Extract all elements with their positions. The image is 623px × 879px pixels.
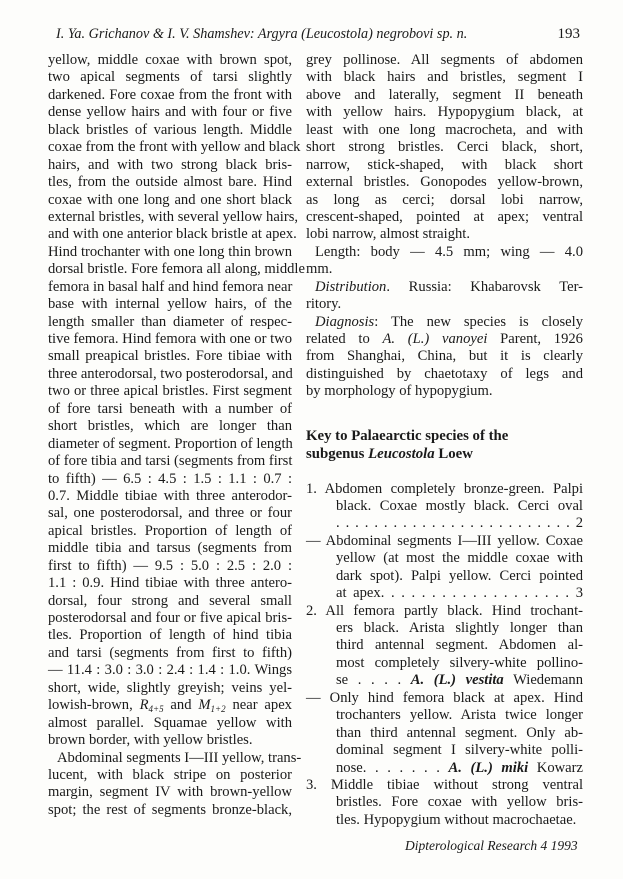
text-line: coxae with one long and one short black <box>48 192 292 209</box>
diagnosis-line: from Shanghai, China, but it is clearly <box>306 348 583 365</box>
text-line: brown border, with yellow bristles. <box>48 732 292 749</box>
text-line: and with one anterior black bristle at a… <box>48 226 292 243</box>
text-line: external bristles. Gonopodes yellow-brow… <box>306 174 583 191</box>
text-line: darkened. Fore coxae from the front with <box>48 87 292 104</box>
text-line: two or three apical bristles. First segm… <box>48 383 292 400</box>
key-entry-line: — Abdominal segments I—III yellow. Coxae <box>306 533 583 550</box>
text-line: short bristles, which are longer than <box>48 418 292 435</box>
text-line: least with one long macrocheta, and with <box>306 122 583 139</box>
vein-m: M <box>198 697 210 713</box>
text-line: base with internal yellow hairs, of the <box>48 296 292 313</box>
key-entry-line: — Only hind femora black at apex. Hind <box>306 690 583 707</box>
diagnosis-line: related to A. (L.) vanoyei Parent, 1926 <box>306 331 583 348</box>
spacer <box>306 463 583 480</box>
key-target: 3 <box>576 585 583 601</box>
diagnosis-line: Diagnosis: The new species is closely <box>306 314 583 331</box>
text-line: above and laterally, segment II beneath <box>306 87 583 104</box>
running-header: I. Ya. Grichanov & I. V. Shamshev: Argyr… <box>56 26 580 46</box>
key-entry-line: third antennal segment. Abdomen al- <box>306 637 583 654</box>
genus-name: Leucostola <box>368 446 435 462</box>
text-line: of fore tarsi beneath with a number of <box>48 401 292 418</box>
text-line: hairs, and with two strong black bris- <box>48 157 292 174</box>
species-name: A. (L.) miki <box>449 760 529 776</box>
text-line: small preapical bristles. Fore tibiae wi… <box>48 348 292 365</box>
key-entry-line: dominal segment I silvery-white polli- <box>306 742 583 759</box>
key-entry-line: tles. Hypopygium without macrochaetae. <box>306 812 583 829</box>
key-entry-line: bristles. Fore coxae with yellow bris- <box>306 794 583 811</box>
text-line: short, wide, slightly greyish; veins yel… <box>48 680 292 697</box>
text-line: dense yellow hairs and with four or five <box>48 104 292 121</box>
vein-line: lowish-brown, R4+5 and M1+2 near apex <box>48 697 292 714</box>
diagnosis-label: Diagnosis <box>315 314 374 330</box>
text-line: 0.7. Middle tibiae with three anterodor- <box>48 488 292 505</box>
text-line: lucent, with black stripe on posterior <box>48 767 292 784</box>
text-line: almost parallel. Squamae yellow with <box>48 715 292 732</box>
key-entry-line: dark spot). Palpi yellow. Cerci pointed <box>306 568 583 585</box>
spacer <box>306 418 583 428</box>
text-line: posterodorsal and four or five apical br… <box>48 610 292 627</box>
length-line: mm. <box>306 261 583 278</box>
key-leader-line: . . . . . . . . . . . . . . . . . . . . … <box>306 515 583 532</box>
text-line: — 11.4 : 3.0 : 3.0 : 2.4 : 1.4 : 1.0. Wi… <box>48 662 292 679</box>
text-line: yellow, middle coxae with brown spot, <box>48 52 292 69</box>
distribution-line: Distribution. Russia: Khabarovsk Ter- <box>306 279 583 296</box>
spacer <box>306 401 583 418</box>
running-title: I. Ya. Grichanov & I. V. Shamshev: Argyr… <box>56 26 467 43</box>
text-line: black bristles of various length. Middle <box>48 122 292 139</box>
right-column: grey pollinose. All segments of abdomen … <box>306 52 583 829</box>
key-entry-line: most completely silvery-white pollino- <box>306 655 583 672</box>
key-entry-line: yellow (at most the middle coxae with <box>306 550 583 567</box>
key-leader-line: at apex. . . . . . . . . . . . . . . . .… <box>306 585 583 602</box>
text-line: and tarsi (segments from first to fifth) <box>48 645 292 662</box>
text-line: with black hairs and bristles, segment I <box>306 69 583 86</box>
journal-footer: Dipterological Research 4 1993 <box>405 838 578 854</box>
text-line: 1.1 : 0.9. Hind tibiae with three antero… <box>48 575 292 592</box>
text-line: crescent-shaped, pointed at apex; ventra… <box>306 209 583 226</box>
key-entry-line: 2. All femora partly black. Hind trochan… <box>306 603 583 620</box>
text-line: as long as cerci; dorsal lobi narrow, <box>306 192 583 209</box>
key-leader-line: nose. . . . . . . A. (L.) miki Kowarz <box>306 760 583 777</box>
length-line: Length: body — 4.5 mm; wing — 4.0 <box>306 244 583 261</box>
key-entry-line: ers black. Arista slightly longer than <box>306 620 583 637</box>
diagnosis-line: by morphology of hypopygium. <box>306 383 583 400</box>
text-line: dorsal bristle. Fore femora all along, m… <box>48 261 292 278</box>
text-line: tles. Proportion of length of hind tibia <box>48 627 292 644</box>
paragraph-start: Abdominal segments I—III yellow, trans- <box>48 750 292 767</box>
distribution-line: ritory. <box>306 296 583 313</box>
text-line: sal, one posterodorsal, and three or fou… <box>48 505 292 522</box>
text-line: three anterodorsal, two posterodorsal, a… <box>48 366 292 383</box>
page-number: 193 <box>558 26 581 43</box>
diagnosis-line: distinguished by chaetotaxy of legs and <box>306 366 583 383</box>
text-line: middle tibia and tarsus (segments from <box>48 540 292 557</box>
species-name: A. (L.) vestita <box>411 672 504 688</box>
text-line: grey pollinose. All segments of abdomen <box>306 52 583 69</box>
vein-r: R <box>140 697 149 713</box>
text-line: diameter of segment. Proportion of lengt… <box>48 436 292 453</box>
species-name: A. (L.) vanoyei <box>383 331 488 347</box>
key-heading: Key to Palaearctic species of the <box>306 428 583 445</box>
distribution-label: Distribution <box>315 279 386 295</box>
text-line: dorsal, four strong and several small <box>48 593 292 610</box>
key-leader-line: se . . . . A. (L.) vestita Wiedemann <box>306 672 583 689</box>
text-line: tive femora. Hind femora with one or two <box>48 331 292 348</box>
text-line: narrow, stick-shaped, with black short <box>306 157 583 174</box>
text-line: apical bristles. Proportion of length of <box>48 523 292 540</box>
text-line: short strong bristles. Cerci black, shor… <box>306 139 583 156</box>
left-column: yellow, middle coxae with brown spot, tw… <box>48 52 292 819</box>
text-line: margin, segment IV with brown-yellow <box>48 784 292 801</box>
key-entry-line: 1. Abdomen completely bronze-green. Palp… <box>306 481 583 498</box>
text-line: two apical segments of tarsi slightly <box>48 69 292 86</box>
text-line: coxae from the front with yellow and bla… <box>48 139 292 156</box>
key-entry-line: trochanters yellow. Arista twice longer <box>306 707 583 724</box>
key-entry-line: 3. Middle tibiae without strong ventral <box>306 777 583 794</box>
key-entry-line: than third antennal segment. Only ab- <box>306 725 583 742</box>
text-line: of fore tibia and tarsi (segments from f… <box>48 453 292 470</box>
text-line: external bristles, with several yellow h… <box>48 209 292 226</box>
text-line: first to fifth) — 9.5 : 5.0 : 2.5 : 2.0 … <box>48 558 292 575</box>
text-line: femora in basal half and hind femora nea… <box>48 279 292 296</box>
text-line: with yellow hairs. Hypopygium black, at <box>306 104 583 121</box>
text-line: lobi narrow, almost straight. <box>306 226 583 243</box>
key-target: 2 <box>576 515 583 531</box>
text-line: length smaller than diameter of respec- <box>48 314 292 331</box>
text-line: Hind trochanter with one long thin brown <box>48 244 292 261</box>
key-heading: subgenus Leucostola Loew <box>306 446 583 463</box>
text-line: tles, from the outside almost bare. Hind <box>48 174 292 191</box>
text-line: spot; the rest of segments bronze-black, <box>48 802 292 819</box>
key-entry-line: black. Coxae mostly black. Cerci oval <box>306 498 583 515</box>
text-line: to fifth) — 6.5 : 4.5 : 1.5 : 1.1 : 0.7 … <box>48 471 292 488</box>
